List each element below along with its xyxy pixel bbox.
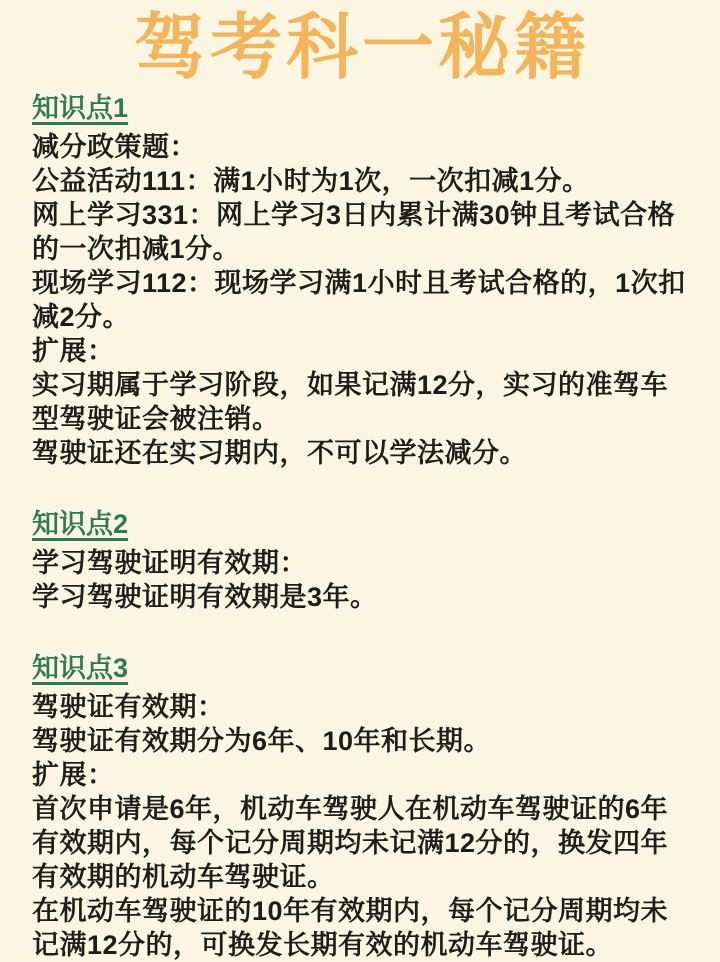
text-line: 驾驶证还在实习期内，不可以学法减分。 bbox=[32, 436, 692, 470]
section-1-body: 减分政策题：公益活动111：满1小时为1次，一次扣减1分。网上学习331：网上学… bbox=[32, 130, 692, 470]
page-title: 驾考科一秘籍 bbox=[32, 4, 692, 92]
text-line: 现场学习112：现场学习满1小时且考试合格的，1次扣减2分。 bbox=[32, 266, 692, 334]
text-line: 首次申请是6年，机动车驾驶人在机动车驾驶证的6年有效期内，每个记分周期均未记满1… bbox=[32, 792, 692, 894]
section-knowledge-point-3: 知识点3 驾驶证有效期：驾驶证有效期分为6年、10年和长期。扩展：首次申请是6年… bbox=[32, 652, 692, 962]
section-3-body: 驾驶证有效期：驾驶证有效期分为6年、10年和长期。扩展：首次申请是6年，机动车驾… bbox=[32, 690, 692, 962]
section-2-heading: 知识点2 bbox=[32, 508, 128, 540]
study-notes-page: 驾考科一秘籍 知识点1 减分政策题：公益活动111：满1小时为1次，一次扣减1分… bbox=[0, 0, 720, 962]
text-line: 网上学习331：网上学习3日内累计满30钟且考试合格的一次扣减1分。 bbox=[32, 198, 692, 266]
text-line: 学习驾驶证明有效期： bbox=[32, 546, 692, 580]
text-line: 实习期属于学习阶段，如果记满12分，实习的准驾车型驾驶证会被注销。 bbox=[32, 368, 692, 436]
text-line: 在机动车驾驶证的10年有效期内，每个记分周期均未记满12分的，可换发长期有效的机… bbox=[32, 894, 692, 962]
text-line: 公益活动111：满1小时为1次，一次扣减1分。 bbox=[32, 164, 692, 198]
text-line: 驾驶证有效期分为6年、10年和长期。 bbox=[32, 724, 692, 758]
section-3-heading: 知识点3 bbox=[32, 652, 128, 684]
section-knowledge-point-1: 知识点1 减分政策题：公益活动111：满1小时为1次，一次扣减1分。网上学习33… bbox=[32, 92, 692, 470]
text-line: 学习驾驶证明有效期是3年。 bbox=[32, 580, 692, 614]
text-line: 扩展： bbox=[32, 758, 692, 792]
text-line: 减分政策题： bbox=[32, 130, 692, 164]
section-1-heading: 知识点1 bbox=[32, 92, 128, 124]
text-line: 扩展： bbox=[32, 334, 692, 368]
section-knowledge-point-2: 知识点2 学习驾驶证明有效期：学习驾驶证明有效期是3年。 bbox=[32, 508, 692, 614]
section-2-body: 学习驾驶证明有效期：学习驾驶证明有效期是3年。 bbox=[32, 546, 692, 614]
text-line: 驾驶证有效期： bbox=[32, 690, 692, 724]
